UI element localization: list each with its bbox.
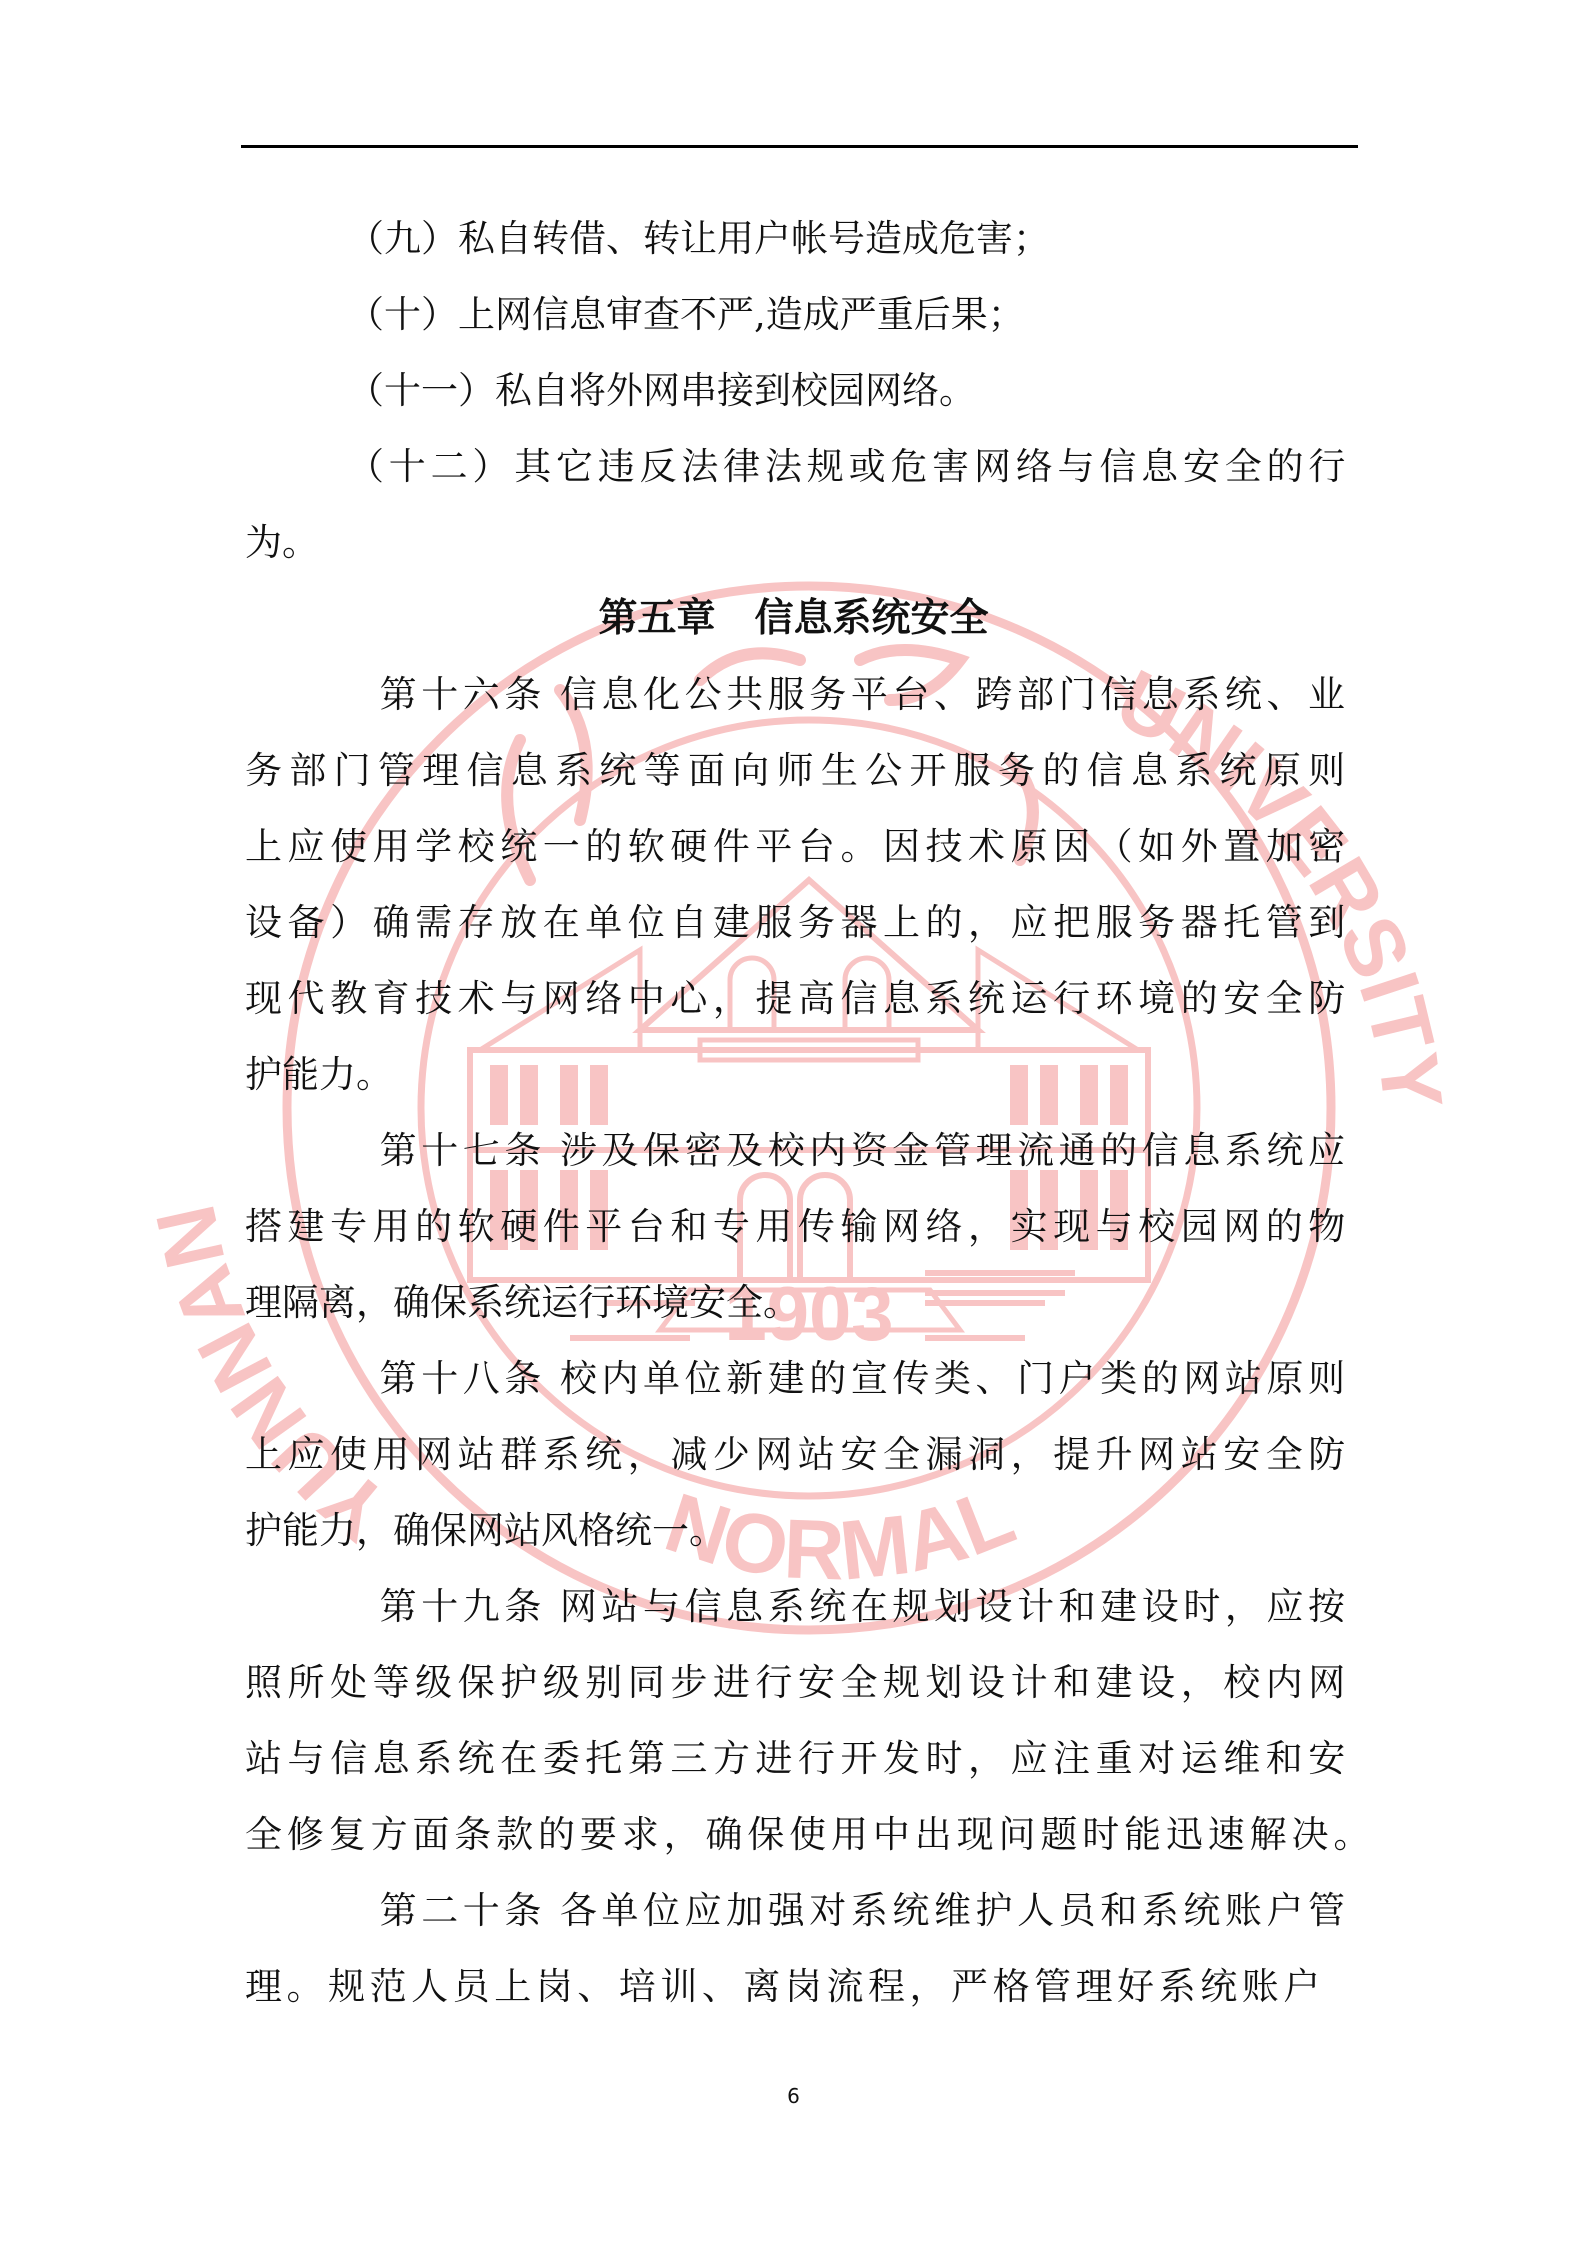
article-18-line-2: 上​应​使​用​网​站​群​系​统​，​减​少​网​站​安​全​漏​洞​，​提​… bbox=[245, 1432, 1345, 1478]
article-16-line-6: 护能力。 bbox=[245, 1052, 1345, 1098]
list-item-12-continuation: 为。 bbox=[245, 520, 1345, 566]
article-18-line-1: ​ ​ 第​十​八​条校​内​单​位​新​建​的​宣​传​类​、​门​户​类​的… bbox=[347, 1356, 1345, 1402]
article-20-line-2: 理​。​规​范​人​员​上​岗​、​培​训​、​离​岗​流​程​，​严​格​管​… bbox=[245, 1964, 1320, 2010]
article-17-line-3: 理隔离，确保系统运行环境安全。 bbox=[245, 1280, 1345, 1326]
article-16-line-1: ​ ​ 第​十​六​条信​息​化​公​共​服​务​平​台​、​跨​部​门​信​息… bbox=[347, 672, 1345, 718]
list-item-9: （​九​）​私​自​转​借​、​转​让​用​户​帐​号​造​成​危​害​； bbox=[347, 216, 1345, 262]
article-19-line-2: 照​所​处​等​级​保​护​级​别​同​步​进​行​安​全​规​划​设​计​和​… bbox=[245, 1660, 1345, 1706]
article-19-line-1: ​ ​ 第​十​九​条网​站​与​信​息​系​统​在​规​划​设​计​和​建​设… bbox=[347, 1584, 1345, 1630]
page-number: 6 bbox=[0, 2084, 1587, 2108]
list-item-11: （十一）私自将外网串接到校园网络。 bbox=[347, 368, 1345, 414]
article-16-line-5: 现​代​教​育​技​术​与​网​络​中​心​，​提​高​信​息​系​统​运​行​… bbox=[245, 976, 1345, 1022]
header-rule bbox=[241, 145, 1358, 148]
article-16-line-3: 上​应​使​用​学​校​统​一​的​软​硬​件​平​台​。​因​技​术​原​因​… bbox=[245, 824, 1345, 870]
article-17-line-2: 搭​建​专​用​的​软​硬​件​平​台​和​专​用​传​输​网​络​，​实​现​… bbox=[245, 1204, 1345, 1250]
seal-ring-text-right: UNIVERSITY bbox=[1102, 651, 1460, 1114]
article-20-label: 第​二​十​条 bbox=[380, 1889, 546, 1932]
article-17-label: 第​十​七​条 bbox=[380, 1129, 546, 1172]
article-16-line-4: 设​备​）​确​需​存​放​在​单​位​自​建​服​务​器​上​的​，​应​把​… bbox=[245, 900, 1345, 946]
article-17-line-1: ​ ​ 第​十​七​条涉​及​保​密​及​校​内​资​金​管​理​流​通​的​信… bbox=[347, 1128, 1345, 1174]
article-16-line-2: 务​部​门​管​理​信​息​系​统​等​面​向​师​生​公​开​服​务​的​信​… bbox=[245, 748, 1345, 794]
article-20-line-1: ​ ​ 第​二​十​条各​单​位​应​加​强​对​系​统​维​护​人​员​和​系… bbox=[347, 1888, 1345, 1934]
article-19-line-4: 全​修​复​方​面​条​款​的​要​求​，​确​保​使​用​中​出​现​问​题​… bbox=[245, 1812, 1370, 1858]
article-19-label: 第​十​九​条 bbox=[380, 1585, 546, 1628]
article-18-line-3: 护能力，确保网站风格统一。 bbox=[245, 1508, 1345, 1554]
list-item-12: （​十​二​）​其​它​违​反​法​律​法​规​或​危​害​网​络​与​信​息​… bbox=[347, 444, 1345, 490]
article-16-label: 第​十​六​条 bbox=[380, 673, 546, 716]
chapter-heading: 第五章 信息系统安全 bbox=[0, 596, 1587, 642]
article-19-line-3: 站​与​信​息​系​统​在​委​托​第​三​方​进​行​开​发​时​，​应​注​… bbox=[245, 1736, 1345, 1782]
list-item-10: （十）上网信息审查不严,造成严重后果； bbox=[347, 292, 1345, 338]
article-18-label: 第​十​八​条 bbox=[380, 1357, 546, 1400]
